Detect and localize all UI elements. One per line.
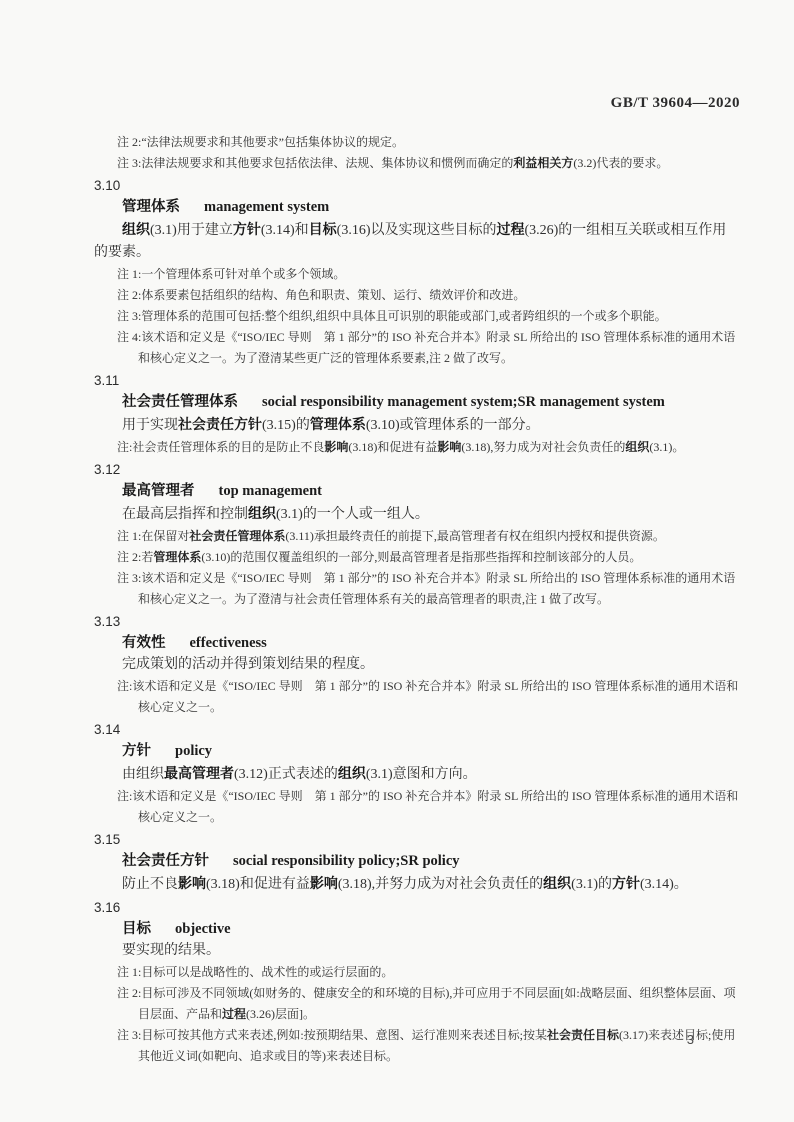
note-label: 注 3:	[117, 156, 141, 170]
term-definition: 在最高层指挥和控制组织(3.1)的一个人或一组人。	[94, 502, 740, 526]
note-label: 注 1:	[117, 529, 141, 543]
term-heading: 管理体系management system	[122, 196, 740, 218]
page-number: 3	[687, 1032, 694, 1047]
term-section-3-13: 3.13 有效性effectiveness 完成策划的活动并得到策划结果的程度。…	[94, 612, 740, 718]
term-number: 3.12	[94, 460, 740, 480]
term-name-zh: 有效性	[122, 635, 166, 651]
page-header: GB/T 39604—2020	[94, 95, 740, 111]
note-text: 该术语和定义是《“ISO/IEC 导则 第 1 部分”的 ISO 补充合并本》附…	[132, 679, 738, 714]
note: 注 2:体系要素包括组织的结构、角色和职责、策划、运行、绩效评价和改进。	[94, 285, 740, 306]
note-label: 注 3:	[117, 1028, 141, 1042]
note: 注:社会责任管理体系的目的是防止不良影响(3.18)和促进有益影响(3.18),…	[94, 437, 740, 458]
note-label: 注 1:	[117, 267, 141, 281]
note-label: 注 3:	[117, 309, 141, 323]
note: 注 2:“法律法规要求和其他要求”包括集体协议的规定。	[94, 132, 740, 153]
term-name-zh: 管理体系	[122, 199, 180, 215]
note-label: 注 2:	[117, 288, 141, 302]
term-section-3-12: 3.12 最高管理者top management 在最高层指挥和控制组织(3.1…	[94, 460, 740, 610]
term-name-en: social responsibility management system;…	[262, 394, 665, 410]
term-name-en: management system	[204, 199, 329, 215]
note-text: 目标可按其他方式来表述,例如:按预期结果、意图、运行准则来表述目标;按某社会责任…	[138, 1028, 735, 1063]
term-name-zh: 目标	[122, 921, 151, 937]
note-label: 注:	[117, 440, 132, 454]
note-text: 一个管理体系可针对单个或多个领域。	[141, 267, 345, 281]
note-text: 目标可涉及不同领域(如财务的、健康安全的和环境的目标),并可应用于不同层面[如:…	[138, 986, 736, 1021]
note-label: 注 3:	[117, 571, 141, 585]
note-text: 在保留对社会责任管理体系(3.11)承担最终责任的前提下,最高管理者有权在组织内…	[141, 529, 665, 543]
note-text: 若管理体系(3.10)的范围仅覆盖组织的一部分,则最高管理者是指那些指挥和控制该…	[141, 550, 641, 564]
term-name-zh: 社会责任方针	[122, 853, 209, 869]
note-text: 目标可以是战略性的、战术性的或运行层面的。	[141, 965, 393, 979]
note: 注 3:法律法规要求和其他要求包括依法律、法规、集体协议和惯例而确定的利益相关方…	[94, 153, 740, 174]
term-number: 3.16	[94, 898, 740, 918]
term-number: 3.14	[94, 720, 740, 740]
term-heading: 最高管理者top management	[122, 480, 740, 502]
term-number: 3.11	[94, 371, 740, 391]
term-name-en: social responsibility policy;SR policy	[233, 853, 460, 869]
term-name-en: objective	[175, 921, 231, 937]
term-number: 3.15	[94, 830, 740, 850]
note: 注 4:该术语和定义是《“ISO/IEC 导则 第 1 部分”的 ISO 补充合…	[94, 327, 740, 369]
note-label: 注 2:	[117, 135, 141, 149]
note-text: 体系要素包括组织的结构、角色和职责、策划、运行、绩效评价和改进。	[141, 288, 525, 302]
note: 注 2:目标可涉及不同领域(如财务的、健康安全的和环境的目标),并可应用于不同层…	[94, 983, 740, 1025]
term-name-zh: 社会责任管理体系	[122, 394, 238, 410]
note-text: 该术语和定义是《“ISO/IEC 导则 第 1 部分”的 ISO 补充合并本》附…	[132, 789, 738, 824]
term-name-en: top management	[219, 483, 323, 499]
term-section-3-15: 3.15 社会责任方针social responsibility policy;…	[94, 830, 740, 896]
term-section-3-16: 3.16 目标objective 要实现的结果。 注 1:目标可以是战略性的、战…	[94, 898, 740, 1067]
note: 注:该术语和定义是《“ISO/IEC 导则 第 1 部分”的 ISO 补充合并本…	[94, 786, 740, 828]
note: 注 1:目标可以是战略性的、战术性的或运行层面的。	[94, 962, 740, 983]
term-section-3-14: 3.14 方针policy 由组织最高管理者(3.12)正式表述的组织(3.1)…	[94, 720, 740, 828]
note-text: 法律法规要求和其他要求包括依法律、法规、集体协议和惯例而确定的利益相关方(3.2…	[141, 156, 668, 170]
term-definition: 组织(3.1)用于建立方针(3.14)和目标(3.16)以及实现这些目标的过程(…	[94, 218, 740, 264]
note: 注 3:该术语和定义是《“ISO/IEC 导则 第 1 部分”的 ISO 补充合…	[94, 568, 740, 610]
term-heading: 方针policy	[122, 740, 740, 762]
note-label: 注:	[117, 679, 132, 693]
terms-content: 注 2:“法律法规要求和其他要求”包括集体协议的规定。 注 3:法律法规要求和其…	[94, 132, 740, 1067]
note-text: 该术语和定义是《“ISO/IEC 导则 第 1 部分”的 ISO 补充合并本》附…	[138, 330, 735, 365]
term-definition: 防止不良影响(3.18)和促进有益影响(3.18),并努力成为对社会负责任的组织…	[94, 872, 740, 896]
term-heading: 社会责任管理体系social responsibility management…	[122, 391, 740, 413]
note-text: 该术语和定义是《“ISO/IEC 导则 第 1 部分”的 ISO 补充合并本》附…	[138, 571, 735, 606]
note-text: 社会责任管理体系的目的是防止不良影响(3.18)和促进有益影响(3.18),努力…	[132, 440, 684, 454]
term-name-zh: 方针	[122, 743, 151, 759]
term-name-en: effectiveness	[190, 635, 267, 651]
note-label: 注 2:	[117, 550, 141, 564]
note-text: “法律法规要求和其他要求”包括集体协议的规定。	[141, 135, 404, 149]
term-heading: 有效性effectiveness	[122, 632, 740, 654]
note-label: 注 4:	[117, 330, 141, 344]
term-name-en: policy	[175, 743, 212, 759]
note: 注 3:管理体系的范围可包括:整个组织,组织中具体且可识别的职能或部门,或者跨组…	[94, 306, 740, 327]
term-definition: 要实现的结果。	[94, 940, 740, 962]
note-text: 管理体系的范围可包括:整个组织,组织中具体且可识别的职能或部门,或者跨组织的一个…	[141, 309, 666, 323]
term-number: 3.13	[94, 612, 740, 632]
term-definition: 完成策划的活动并得到策划结果的程度。	[94, 654, 740, 676]
term-heading: 目标objective	[122, 918, 740, 940]
note-label: 注 2:	[117, 986, 141, 1000]
doc-code: GB/T 39604—2020	[611, 95, 740, 111]
term-section-3-10: 3.10 管理体系management system 组织(3.1)用于建立方针…	[94, 176, 740, 369]
note: 注:该术语和定义是《“ISO/IEC 导则 第 1 部分”的 ISO 补充合并本…	[94, 676, 740, 718]
note: 注 1:在保留对社会责任管理体系(3.11)承担最终责任的前提下,最高管理者有权…	[94, 526, 740, 547]
note-label: 注:	[117, 789, 132, 803]
term-definition: 用于实现社会责任方针(3.15)的管理体系(3.10)或管理体系的一部分。	[94, 413, 740, 437]
term-section-3-11: 3.11 社会责任管理体系social responsibility manag…	[94, 371, 740, 458]
note-label: 注 1:	[117, 965, 141, 979]
term-heading: 社会责任方针social responsibility policy;SR po…	[122, 850, 740, 872]
note: 注 1:一个管理体系可针对单个或多个领域。	[94, 264, 740, 285]
document-page: GB/T 39604—2020 注 2:“法律法规要求和其他要求”包括集体协议的…	[0, 0, 794, 1122]
term-definition: 由组织最高管理者(3.12)正式表述的组织(3.1)意图和方向。	[94, 762, 740, 786]
note: 注 2:若管理体系(3.10)的范围仅覆盖组织的一部分,则最高管理者是指那些指挥…	[94, 547, 740, 568]
term-name-zh: 最高管理者	[122, 483, 195, 499]
note: 注 3:目标可按其他方式来表述,例如:按预期结果、意图、运行准则来表述目标;按某…	[94, 1025, 740, 1067]
term-number: 3.10	[94, 176, 740, 196]
